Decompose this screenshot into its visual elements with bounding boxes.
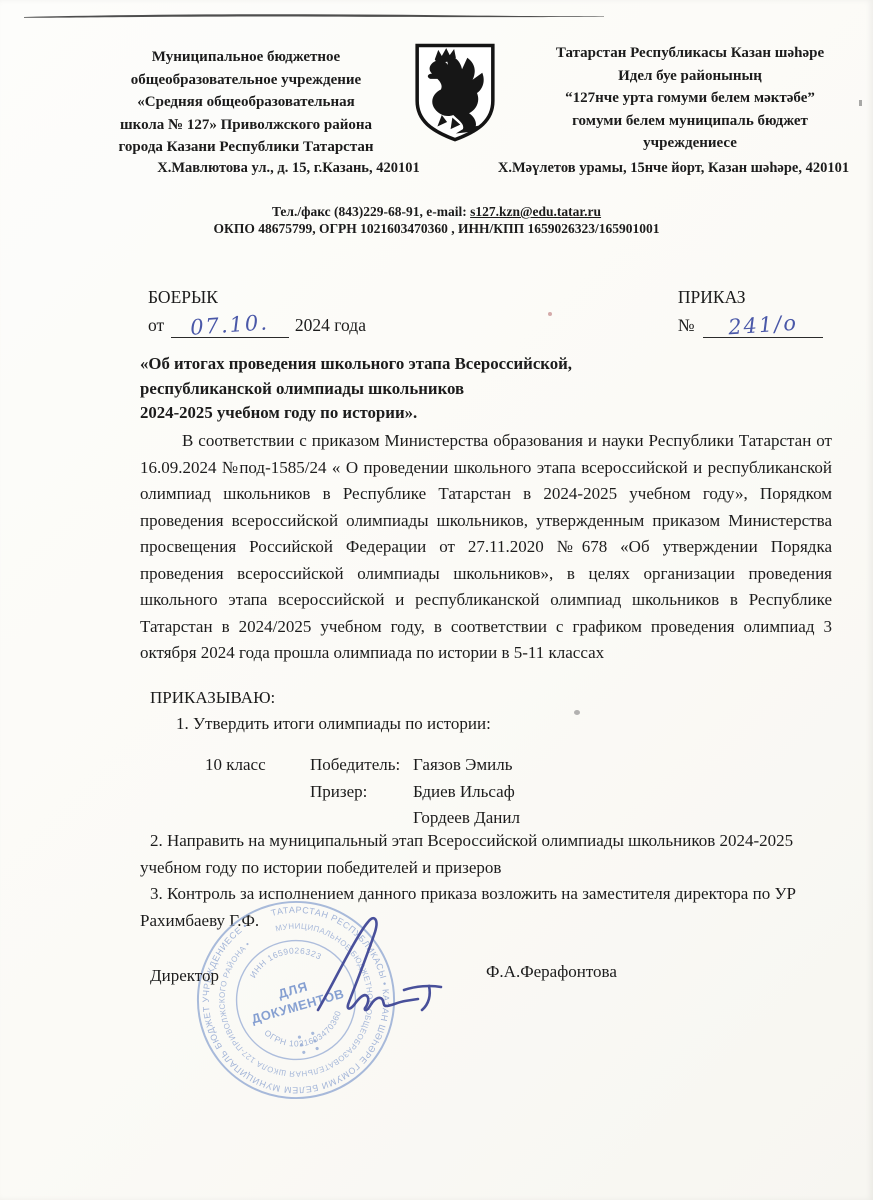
resolution-item-1: 1. Утвердить итоги олимпиады по истории:: [176, 714, 491, 734]
director-signature: [298, 898, 463, 1028]
results-name: Гаязов Эмиль: [413, 752, 520, 779]
contact-codes-line: ОКПО 48675799, ОГРН 1021603470360 , ИНН/…: [0, 220, 873, 237]
number-blank: 241/о: [703, 310, 823, 338]
org-ru-line: общеобразовательное учреждение: [96, 69, 396, 92]
signer-name: Ф.А.Ферафонтова: [486, 962, 617, 982]
address-tatar: Х.Мәүлетов урамы, 15нче йорт, Казан шәһә…: [481, 160, 866, 177]
org-tt-line: учреждениесе: [514, 132, 866, 155]
handwritten-date: 07.10.: [189, 309, 269, 340]
kazan-coat-of-arms-icon: [396, 40, 514, 146]
results-label: Призер:: [310, 779, 413, 806]
org-ru-line: школа № 127» Приволжского района: [96, 114, 396, 137]
org-tt-line: гомуми белем муниципаль бюджет: [514, 110, 866, 133]
subject-line: республиканской олимпиады школьников: [140, 377, 720, 402]
order-title-tatar: БОЕРЫК: [148, 284, 366, 310]
date-prefix: от: [148, 315, 164, 335]
letterhead: Муниципальное бюджетное общеобразователь…: [96, 40, 866, 159]
results-label: Победитель:: [310, 752, 413, 779]
signer-role: Директор: [150, 966, 219, 986]
scan-speck: [574, 710, 580, 715]
resolution-item-2: 2. Направить на муниципальный этап Всеро…: [140, 828, 837, 881]
org-ru-line: города Казани Республики Татарстан: [96, 136, 396, 159]
scan-speck: [548, 312, 552, 316]
org-ru-line: Муниципальное бюджетное: [96, 46, 396, 69]
contact-phone-line: Тел./факс (843)229-68-91, e-mail: s127.k…: [0, 203, 873, 220]
org-tt-line: Идел буе районының: [514, 65, 866, 88]
results-grade: 10 класс: [205, 752, 310, 779]
phone-text: Тел./факс (843)229-68-91, e-mail:: [272, 204, 470, 219]
address-row: Х.Мавлютова ул., д. 15, г.Казань, 420101…: [96, 160, 866, 177]
number-prefix: №: [678, 315, 695, 335]
results-name: Бдиев Ильсаф: [413, 779, 520, 806]
org-name-tatar: Татарстан Республикасы Казан шәһәре Идел…: [514, 40, 866, 155]
order-header-left: БОЕРЫК от 07.10. 2024 года: [148, 284, 366, 338]
resolution-heading: ПРИКАЗЫВАЮ:: [150, 688, 275, 708]
order-title-russian: ПРИКАЗ: [678, 284, 823, 310]
date-suffix: 2024 года: [291, 315, 366, 335]
scanned-order-document: Муниципальное бюджетное общеобразователь…: [0, 0, 873, 1200]
order-number-line: № 241/о: [678, 310, 823, 338]
order-date-line: от 07.10. 2024 года: [148, 310, 366, 338]
date-blank: 07.10.: [171, 310, 289, 338]
olympiad-results-table: 10 класс Победитель: Гаязов Эмиль Призер…: [205, 752, 520, 832]
results-grade-empty: [205, 779, 310, 806]
order-body-paragraph: В соответствии с приказом Министерства о…: [140, 428, 832, 667]
email-link[interactable]: s127.kzn@edu.tatar.ru: [470, 204, 601, 219]
subject-line: 2024-2025 учебном году по истории».: [140, 401, 720, 426]
org-tt-line: Татарстан Республикасы Казан шәһәре: [514, 42, 866, 65]
order-header-right: ПРИКАЗ № 241/о: [678, 284, 823, 338]
org-tt-line: “127нче урта гомуми белем мәктәбе”: [514, 87, 866, 110]
org-ru-line: «Средняя общеобразовательная: [96, 91, 396, 114]
scan-speck: [859, 100, 862, 106]
subject-line: «Об итогах проведения школьного этапа Вс…: [140, 352, 720, 377]
contact-block: Тел./факс (843)229-68-91, e-mail: s127.k…: [0, 203, 873, 237]
handwritten-number: 241/о: [727, 310, 798, 341]
address-russian: Х.Мавлютова ул., д. 15, г.Казань, 420101: [96, 160, 481, 177]
order-header: БОЕРЫК от 07.10. 2024 года ПРИКАЗ № 241/…: [148, 284, 823, 338]
order-subject: «Об итогах проведения школьного этапа Вс…: [140, 352, 720, 426]
scan-artifact-line: [24, 13, 604, 19]
org-name-russian: Муниципальное бюджетное общеобразователь…: [96, 40, 396, 159]
